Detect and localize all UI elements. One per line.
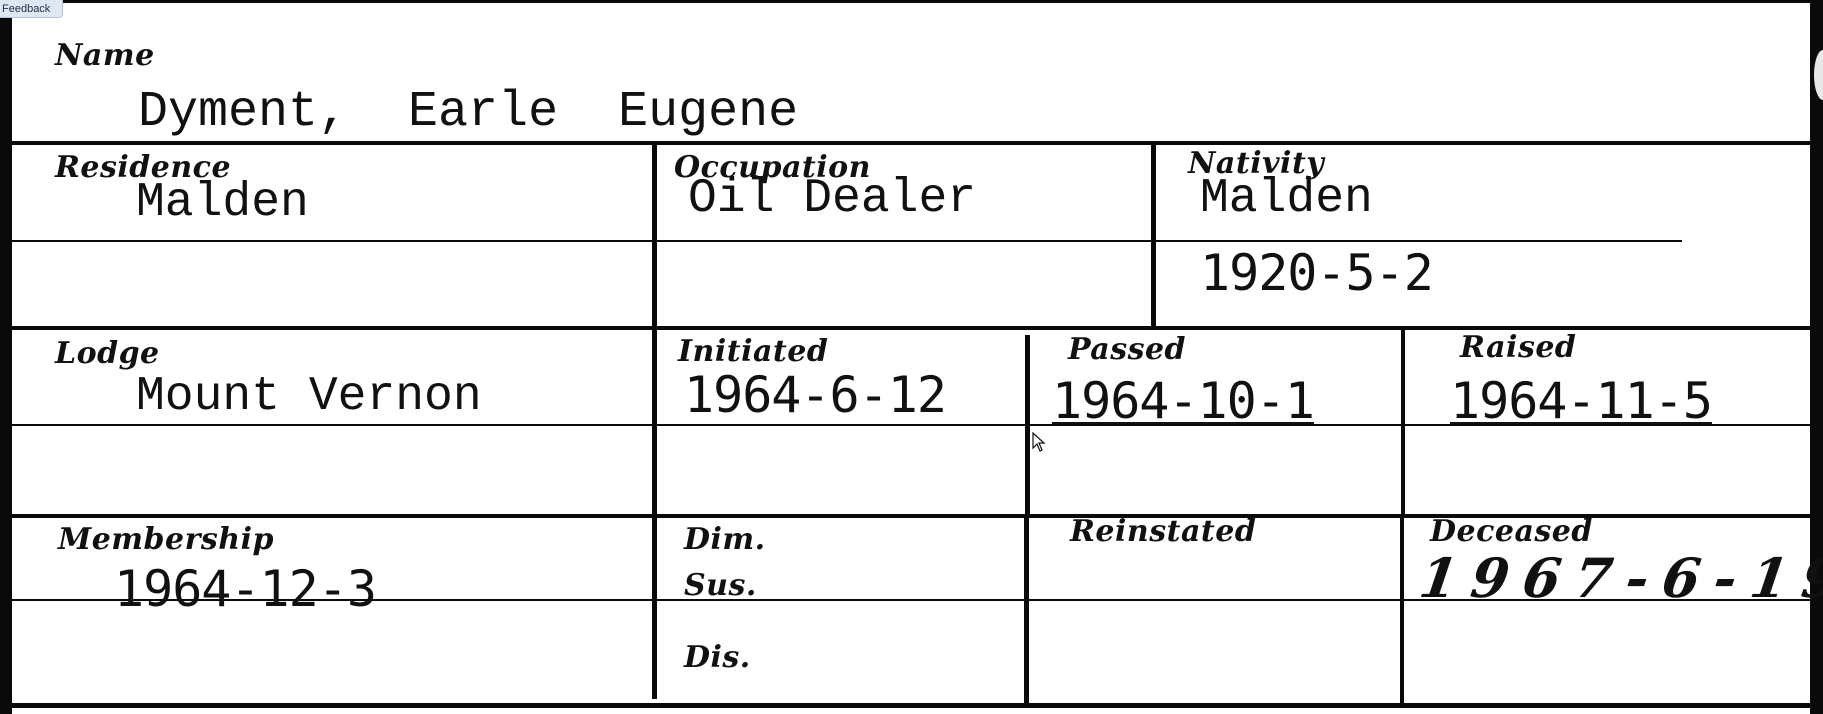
lodge-label: Lodge bbox=[55, 336, 160, 371]
vline-occupation-nativity bbox=[1151, 145, 1156, 326]
left-border bbox=[0, 0, 12, 714]
vline-reinstated-deceased bbox=[1400, 518, 1404, 703]
name-value: Dyment, Earle Eugene bbox=[138, 84, 798, 141]
subline-row2 bbox=[12, 240, 1682, 242]
membership-value: 1964-12-3 bbox=[114, 560, 376, 618]
vline-dim-reinstated bbox=[1024, 518, 1029, 703]
vline-passed-raised bbox=[1401, 330, 1405, 514]
vline-lodge-initiated bbox=[652, 330, 657, 514]
lodge-value: Mount Vernon bbox=[136, 370, 482, 424]
reinstated-label: Reinstated bbox=[1070, 514, 1256, 549]
name-label: Name bbox=[55, 38, 155, 73]
initiated-label: Initiated bbox=[678, 334, 828, 369]
vline-initiated-passed bbox=[1025, 335, 1030, 514]
record-card: Name Dyment, Earle Eugene Residence Mald… bbox=[0, 0, 1823, 714]
deceased-value: 1967-6-19 bbox=[1416, 546, 1823, 610]
occupation-value: Oil Dealer bbox=[688, 172, 976, 226]
passed-label: Passed bbox=[1068, 332, 1186, 367]
membership-label: Membership bbox=[58, 522, 274, 557]
deceased-label: Deceased bbox=[1430, 514, 1593, 549]
raised-label: Raised bbox=[1460, 330, 1576, 365]
initiated-value: 1964-6-12 bbox=[684, 366, 946, 424]
top-border bbox=[12, 0, 1810, 3]
vline-residence-occupation bbox=[652, 145, 657, 326]
mouse-cursor-icon bbox=[1032, 432, 1046, 452]
divider-bottom bbox=[12, 703, 1810, 708]
passed-value: 1964-10-1 bbox=[1052, 372, 1314, 430]
nativity-place: Malden bbox=[1200, 172, 1373, 226]
feedback-button[interactable]: Feedback bbox=[0, 0, 63, 18]
residence-value: Malden bbox=[136, 176, 309, 230]
dimitted-label: Dim. bbox=[684, 522, 766, 557]
raised-value: 1964-11-5 bbox=[1450, 372, 1712, 430]
suspended-label: Sus. bbox=[684, 568, 757, 603]
vline-membership-dim bbox=[652, 518, 657, 699]
nativity-date: 1920-5-2 bbox=[1200, 244, 1433, 302]
divider-name bbox=[12, 141, 1810, 145]
discharged-label: Dis. bbox=[684, 640, 751, 675]
